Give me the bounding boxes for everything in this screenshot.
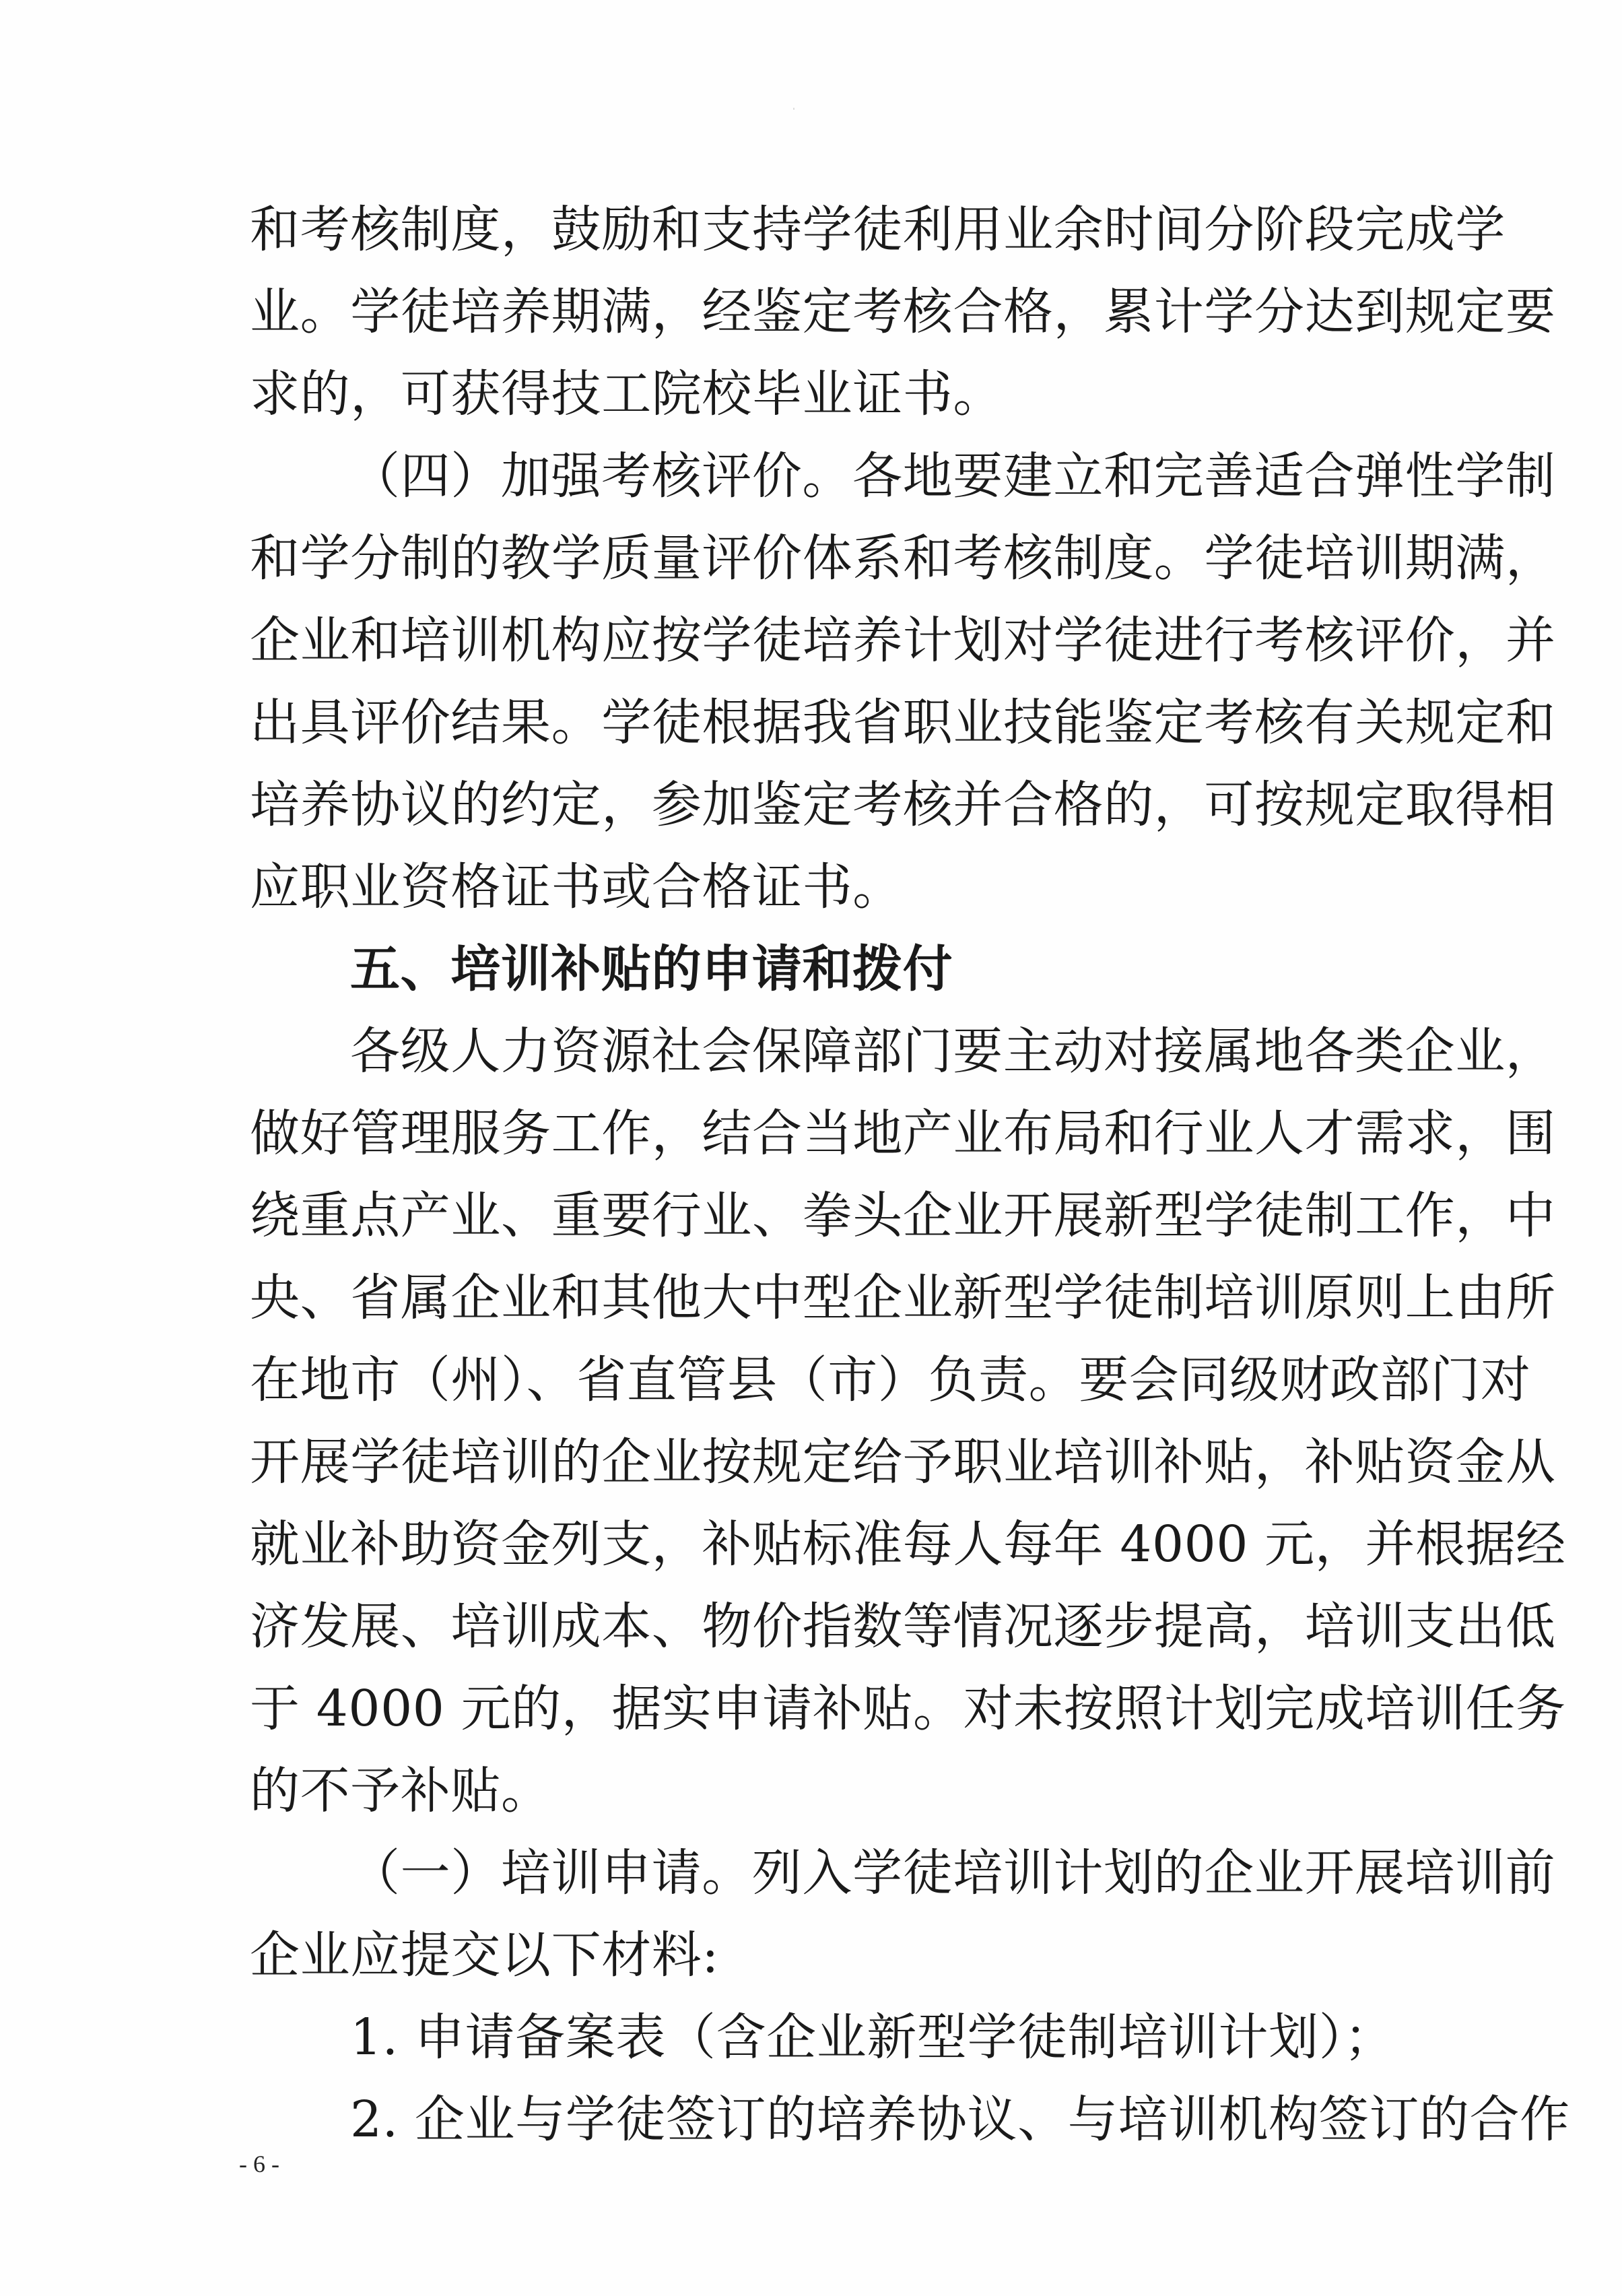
paragraph-line: 和学分制的教学质量评价体系和考核制度。学徒培训期满， [250, 533, 1408, 583]
paragraph-line: 出具评价结果。学徒根据我省职业技能鉴定考核有关规定和 [250, 698, 1408, 748]
subsection-1-line: （一）培训申请。列入学徒培训计划的企业开展培训前 [350, 1848, 1408, 1898]
paragraph-line: 就业补助资金列支，补贴标准每人每年 4000 元，并根据经 [250, 1519, 1408, 1569]
paragraph-line: 于 4000 元的，据实申请补贴。对未按照计划完成培训任务 [250, 1684, 1408, 1734]
section-heading: 五、培训补贴的申请和拨付 [350, 944, 1408, 994]
paragraph-line: 求的，可获得技工院校毕业证书。 [250, 369, 1408, 419]
scan-speck [793, 108, 795, 110]
paragraph-line: 和考核制度，鼓励和支持学徒利用业余时间分阶段完成学 [250, 205, 1408, 255]
paragraph-line: 做好管理服务工作，结合当地产业布局和行业人才需求，围 [250, 1109, 1408, 1158]
list-item-1: 1. 申请备案表（含企业新型学徒制培训计划）； [350, 2012, 1408, 2062]
paragraph-line: 企业和培训机构应按学徒培养计划对学徒进行考核评价，并 [250, 616, 1408, 665]
document-page: 和考核制度，鼓励和支持学徒利用业余时间分阶段完成学 业。学徒培养期满，经鉴定考核… [0, 0, 1622, 2296]
paragraph-line: 的不予补贴。 [250, 1766, 1408, 1816]
paragraph-line: 各级人力资源社会保障部门要主动对接属地各类企业， [350, 1026, 1408, 1076]
paragraph-line: 培养协议的约定，参加鉴定考核并合格的，可按规定取得相 [250, 780, 1408, 830]
paragraph-line: 应职业资格证书或合格证书。 [250, 862, 1408, 912]
list-item-2: 2. 企业与学徒签订的培养协议、与培训机构签订的合作 [350, 2095, 1408, 2144]
paragraph-line: 业。学徒培养期满，经鉴定考核合格，累计学分达到规定要 [250, 287, 1408, 337]
paragraph-line: 企业应提交以下材料: [250, 1930, 1408, 1980]
paragraph-line: 在地市（州）、省直管县（市）负责。要会同级财政部门对 [250, 1355, 1408, 1405]
paragraph-line: 开展学徒培训的企业按规定给予职业培训补贴，补贴资金从 [250, 1437, 1408, 1487]
paragraph-line: 绕重点产业、重要行业、拳头企业开展新型学徒制工作，中 [250, 1191, 1408, 1241]
page-number: - 6 - [239, 2150, 279, 2178]
paragraph-line: 济发展、培训成本、物价指数等情况逐步提高，培训支出低 [250, 1602, 1408, 1651]
subsection-4-line: （四）加强考核评价。各地要建立和完善适合弹性学制 [350, 451, 1408, 501]
paragraph-line: 央、省属企业和其他大中型企业新型学徒制培训原则上由所 [250, 1273, 1408, 1323]
